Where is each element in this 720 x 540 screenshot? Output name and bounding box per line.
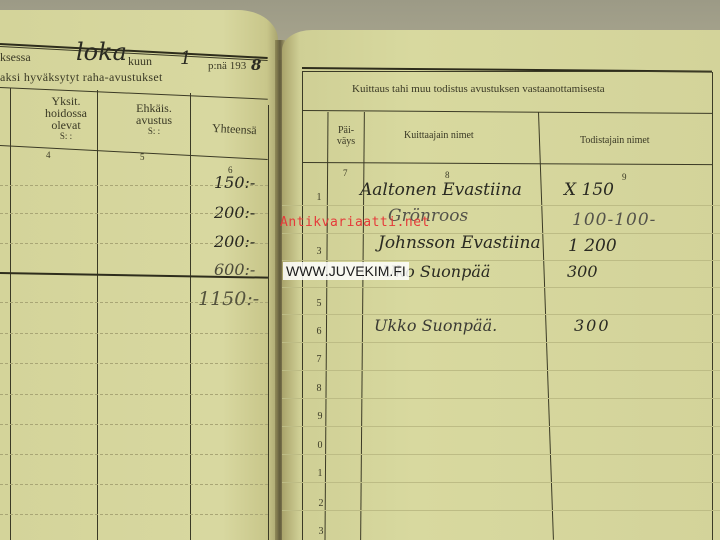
col-number-4: 4 [46,150,51,160]
left-ledger-page: ksessa loka kuun 1 p:nä 193 8 aksi hyväk… [0,10,278,540]
ledger-rule [0,363,268,364]
row-number: 6 [312,326,326,337]
col-divider [360,112,365,540]
ledger-rule [0,394,268,395]
juvekim-watermark: WWW.JUVEKIM.FI [283,262,409,280]
handwritten-day: 1 [180,48,191,69]
total-value: 150:- [214,173,255,192]
amount: 300 [574,316,611,335]
col-number-7: 7 [343,168,348,178]
col-header-yksit: Yksit. hoidossa olevat S: : [30,95,102,141]
ledger-rule [0,484,268,485]
col-header-kuittaajat: Kuittaajain nimet [404,130,474,141]
handwritten-month: loka [76,38,127,66]
header-rule-thin [302,71,712,72]
ledger-rule [282,426,720,427]
col-header-ehkais: Ehkäis. avustus S: : [114,102,194,136]
col-header-todistajat: Todistajain nimet [580,135,650,146]
ledger-rule [282,342,720,343]
row-number: 7 [312,354,326,365]
amount: X 150 [564,180,614,200]
row-number: 1 [312,192,326,203]
col-divider [97,90,98,540]
year-label: p:nä 193 [208,60,246,72]
col-divider [712,72,713,540]
recipient-name: Johnsson Evastiina [378,233,541,253]
ledger-rule [282,510,720,511]
recipient-name: Ukko Suonpää. [374,316,497,335]
ledger-rule [0,454,268,455]
section-title: Kuittaus tahi muu todistus avustuksen va… [352,83,605,95]
header-subtitle: aksi hyväksytyt raha-avustukset [0,70,163,85]
antikvariaatti-watermark: Antikvariaatti.net [280,215,430,230]
row-number: 1 [313,468,327,479]
amount: 1 200 [568,236,617,256]
col-divider [302,72,303,540]
col-divider [190,93,191,540]
row-number: 0 [313,440,327,451]
ledger-rule [282,482,720,483]
col-divider [10,88,11,540]
ledger-rule [282,314,720,315]
column-header-bottom-rule [0,145,268,160]
col-divider [268,105,269,540]
amount: 300 [567,262,598,281]
col-number-9: 9 [622,172,627,182]
row-number: 3 [314,526,328,537]
row-number: 9 [313,411,327,422]
row-number: 5 [312,298,326,309]
month-suffix: kuun [128,54,152,69]
ledger-rule [0,424,268,425]
col-header-paivays: Päi- väys [332,125,360,147]
ledger-rule [282,205,720,206]
col-number-8: 8 [445,170,450,180]
ledger-rule [282,398,720,399]
col-divider [538,112,554,540]
total-value: 200:- [214,232,255,251]
ledger-rule [282,370,720,371]
amount: 100-100- [572,210,656,230]
col-header-yhteensa: Yhteensä [212,121,257,138]
col-number-5: 5 [140,152,145,162]
grand-total: 1150:- [198,288,259,310]
ledger-rule [0,514,268,515]
total-value: 600:- [214,260,255,279]
row-number: 2 [314,498,328,509]
ledger-rule [0,333,268,334]
recipient-name: Aaltonen Evastiina [360,180,522,200]
right-ledger-page: Kuittaus tahi muu todistus avustuksen va… [282,30,720,540]
ledger-rule [282,287,720,288]
handwritten-year-digit: 8 [251,56,261,74]
ledger-rule [282,260,720,261]
ledger-rule [282,454,720,455]
header-prefix: ksessa [0,50,31,65]
total-value: 200:- [214,203,255,222]
row-number: 8 [312,383,326,394]
row-number: 3 [312,246,326,257]
